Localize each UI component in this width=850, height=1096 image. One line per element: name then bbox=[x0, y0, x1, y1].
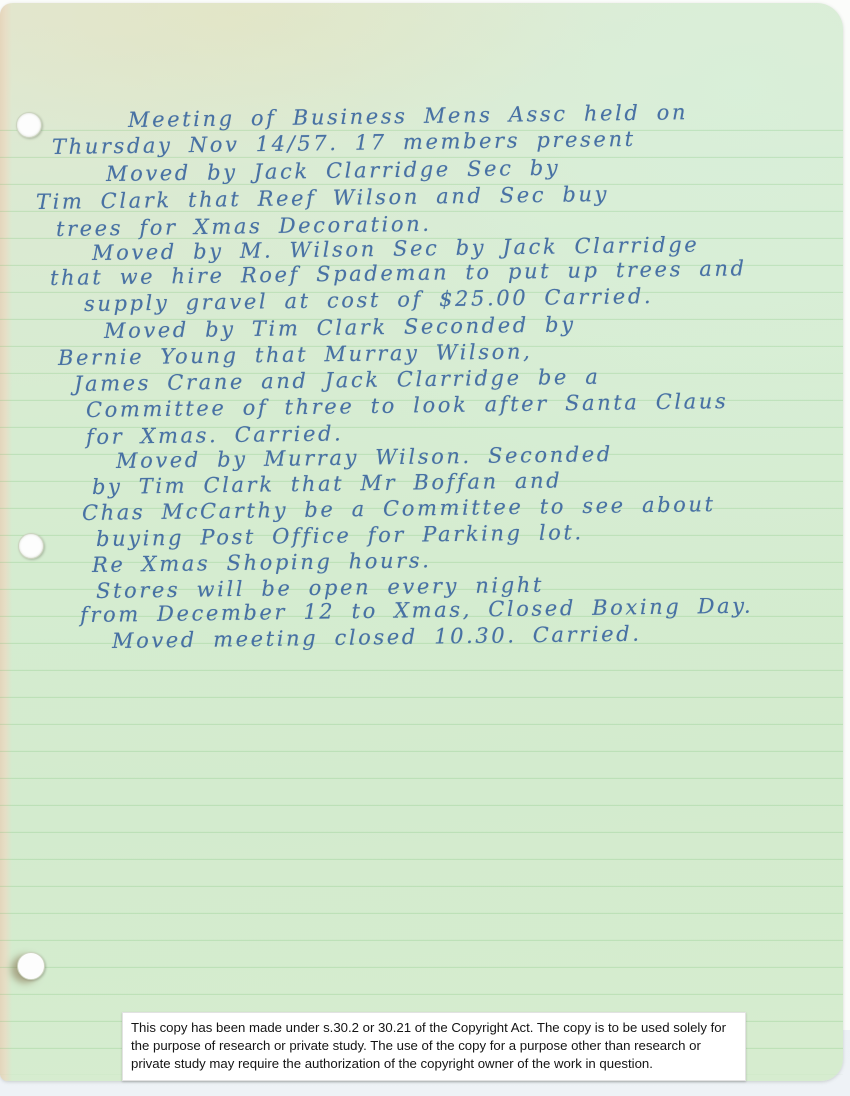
hole-punch-bottom bbox=[17, 952, 45, 980]
copyright-notice-box: This copy has been made under s.30.2 or … bbox=[122, 1012, 746, 1081]
hole-punch-top bbox=[16, 112, 42, 138]
hole-punch-middle bbox=[18, 533, 44, 559]
notebook-page: Meeting of Business Mens Assc held on Th… bbox=[0, 3, 843, 1081]
copyright-notice-text: This copy has been made under s.30.2 or … bbox=[131, 1020, 726, 1071]
